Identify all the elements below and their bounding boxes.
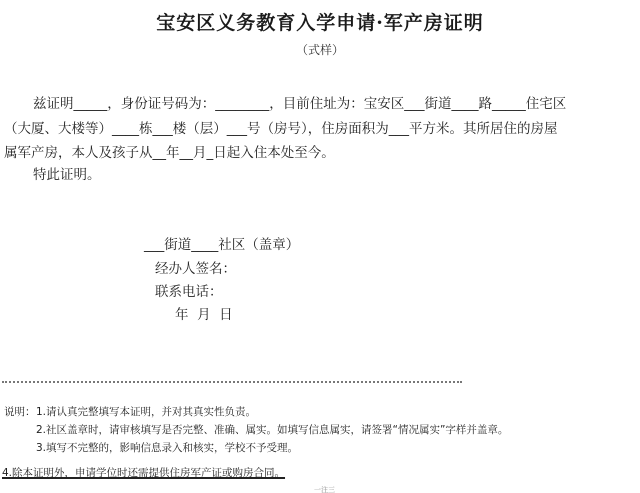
document-subtitle: （式样） [0,41,640,58]
note-item-3: 3.填写不完整的，影响信息录入和核实，学校不予受理。 [36,440,298,455]
note-item-1: 1.请认真完整填写本证明，并对其真实性负责。 [36,404,256,419]
note-item-2: 2.社区盖章时，请审核填写是否完整、准确、属实。如填写信息属实，请签署“情况属实… [36,422,508,437]
handler-signature-label: 经办人签名： [155,257,236,277]
footer-mark: 一注三 [314,485,335,493]
document-title: 宝安区义务教育入学申请·军产房证明 [0,8,640,35]
date-label: 年 月 日 [175,303,233,323]
dotted-separator [2,381,462,385]
body-closing: 特此证明。 [33,163,101,183]
stamp-line: ___街道____社区（盖章） [144,233,299,253]
contact-phone-label: 联系电话： [155,280,223,300]
body-line-2: （大厦、大楼等）____栋___楼（层）___号（房号），住房面积为___平方米… [4,117,558,137]
notes-label: 说明： [4,404,36,419]
body-line-1: 兹证明_____，身份证号码为：________，目前住址为：宝安区___街道_… [33,92,566,112]
note-item-4: 4.除本证明外，申请学位时还需提供住房军产证或购房合同。 [2,465,285,480]
body-line-3: 属军产房，本人及孩子从__年__月_日起入住本处至今。 [4,141,335,161]
